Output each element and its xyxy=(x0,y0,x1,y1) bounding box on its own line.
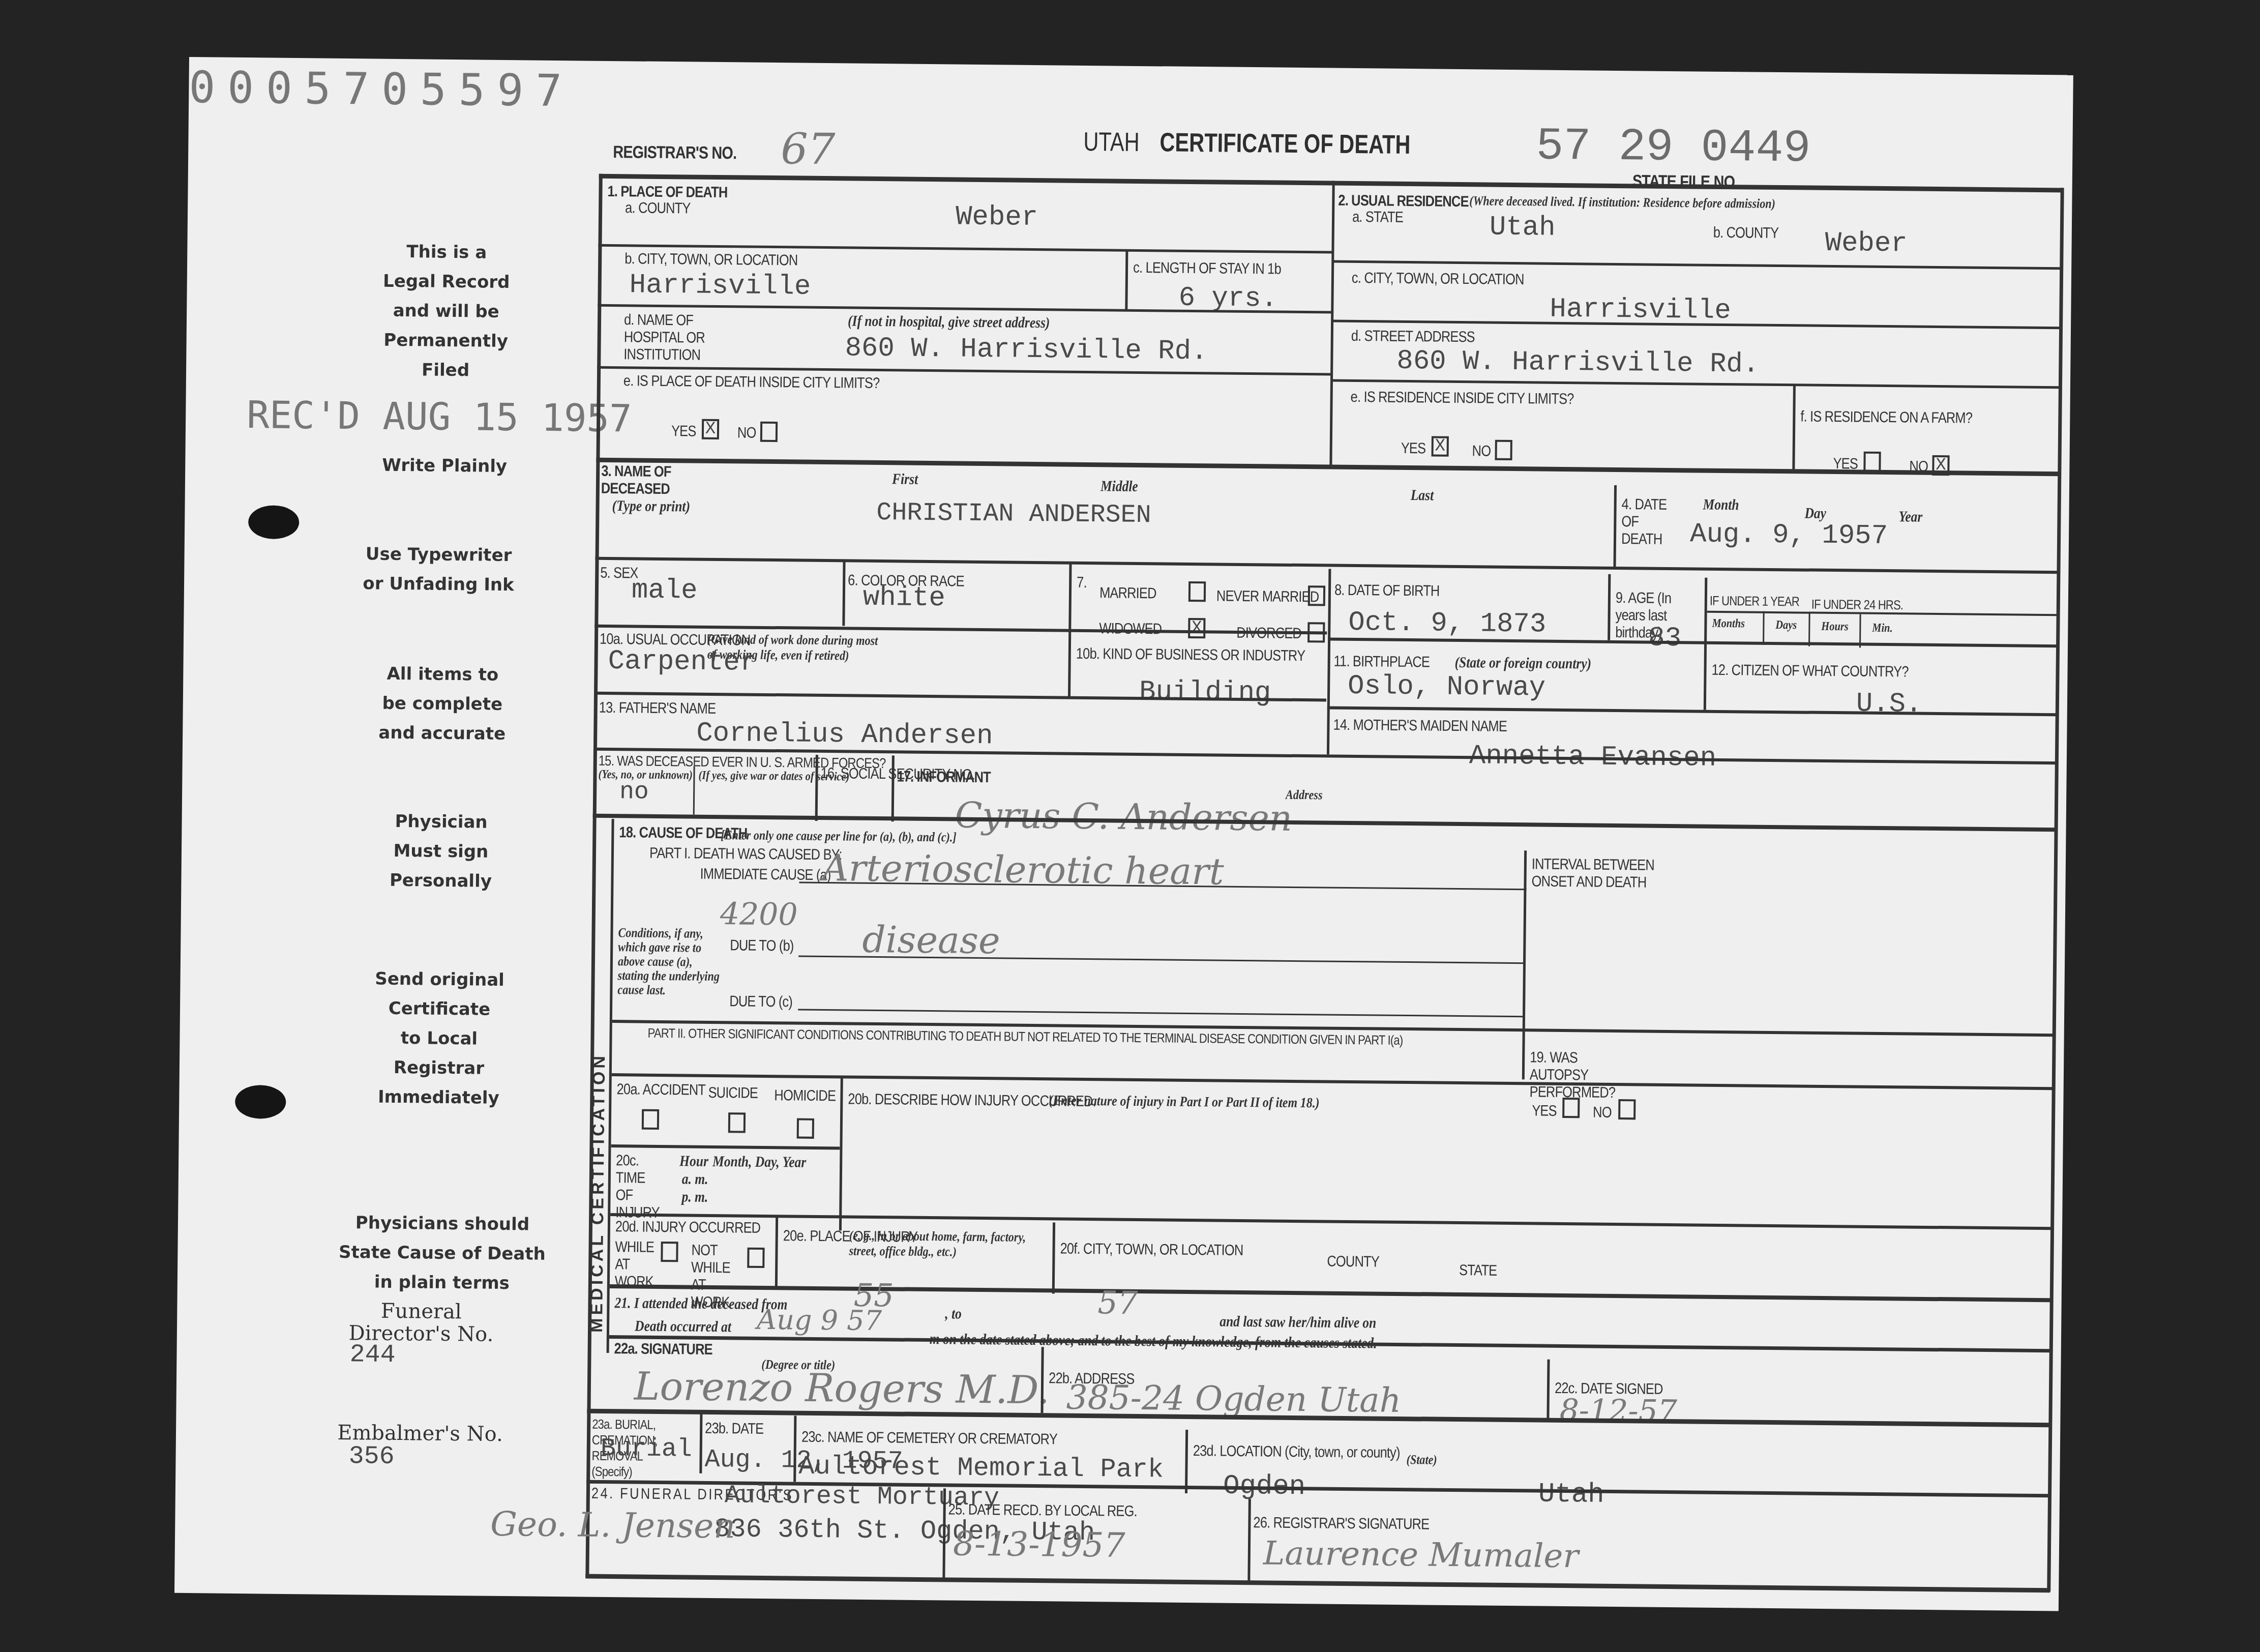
homicide-label: HOMICIDE xyxy=(774,1087,836,1105)
father-label: 13. FATHER'S NAME xyxy=(599,699,716,718)
dob-label: 8. DATE OF BIRTH xyxy=(1334,582,1440,600)
last-saw-label: and last saw her/him alive on xyxy=(1220,1313,1377,1332)
serial-number: 0005705597 xyxy=(189,62,575,116)
rule xyxy=(1808,613,1810,646)
while-at-work-checkbox[interactable] xyxy=(661,1242,678,1262)
no-label: NO xyxy=(1593,1104,1612,1122)
note-complete: All items to be complete and accurate xyxy=(335,659,550,749)
informant-label: 17. INFORMANT xyxy=(897,768,991,786)
date-signed: 8-12-57 xyxy=(1559,1393,1677,1429)
days-label: Days xyxy=(1775,618,1797,632)
year-label: Year xyxy=(1898,508,1922,525)
not-while-at-work-checkbox[interactable] xyxy=(747,1248,764,1268)
rule xyxy=(596,557,2060,574)
rule xyxy=(1331,379,2060,389)
death-city-limits-no-checkbox[interactable] xyxy=(760,422,778,442)
no-label: NO xyxy=(737,424,756,441)
res-street: 860 W. Harrisville Rd. xyxy=(1396,346,1759,380)
form-right-border xyxy=(2047,188,2064,1591)
married-label: MARRIED xyxy=(1099,584,1156,602)
due-to-b: disease xyxy=(862,918,1000,962)
industry-label: 10b. KIND OF BUSINESS OR INDUSTRY xyxy=(1076,645,1305,665)
title-state: UTAH xyxy=(1083,127,1140,158)
page-title: CERTIFICATE OF DEATH xyxy=(1159,127,1411,160)
homicide-checkbox[interactable] xyxy=(797,1118,814,1139)
disease-code: 4200 xyxy=(720,896,798,932)
note-legal-record: This is a Legal Record and will be Perma… xyxy=(339,237,554,386)
am-label: a. m. xyxy=(682,1170,708,1188)
rule xyxy=(798,1009,1525,1018)
rule xyxy=(1327,569,1331,755)
occupation: Carpenter xyxy=(608,646,756,678)
res-county: Weber xyxy=(1825,228,1908,260)
industry: Building xyxy=(1139,676,1271,709)
never-married-label: NEVER MARRIED xyxy=(1216,587,1319,606)
rule xyxy=(1332,260,2061,270)
date-of-birth: Oct. 9, 1873 xyxy=(1348,607,1546,640)
note-physician-sign: Physician Must sign Personally xyxy=(334,806,548,897)
father-name: Cornelius Andersen xyxy=(696,718,993,752)
usual-residence-hint: (Where deceased lived. If institution: R… xyxy=(1469,193,1775,212)
deceased-name: CHRISTIAN ANDERSEN xyxy=(876,498,1151,530)
rule xyxy=(1614,485,1617,567)
autopsy-yes-checkbox[interactable] xyxy=(1562,1098,1580,1118)
under-24-label: IF UNDER 24 HRS. xyxy=(1811,597,1904,613)
note-send-original: Send original Certificate to Local Regis… xyxy=(332,964,547,1113)
cause-hint: [Enter only one cause per line for (a), … xyxy=(721,828,957,845)
stay-label: c. LENGTH OF STAY IN 1b xyxy=(1133,259,1281,278)
accident-checkbox[interactable] xyxy=(642,1109,659,1130)
state-file-no: 57 29 0449 xyxy=(1536,121,1811,175)
rule xyxy=(1763,611,1765,645)
time-injury-label: 20c. TIME OF INJURY xyxy=(615,1152,664,1222)
birthplace: Oslo, Norway xyxy=(1348,671,1545,704)
certificate-paper: 0005705597 REGISTRAR'S NO. 67 UTAH CERTI… xyxy=(174,57,2073,1611)
while-work-label: WHILE AT WORK xyxy=(615,1238,659,1291)
rule xyxy=(1522,850,1527,1079)
rule xyxy=(891,755,895,821)
pm-label: p. m. xyxy=(681,1188,708,1205)
form-bottom-border xyxy=(585,1574,2050,1593)
registrar-sig-label: 26. REGISTRAR'S SIGNATURE xyxy=(1253,1514,1429,1533)
rule xyxy=(1704,644,1707,710)
death-city-limits-yes-checkbox[interactable]: X xyxy=(702,419,719,439)
first-label: First xyxy=(892,470,918,488)
due-c-label: DUE TO (c) xyxy=(729,993,792,1011)
hospital-label: d. NAME OF HOSPITAL OR INSTITUTION xyxy=(623,311,710,364)
death-occurred-time: Aug 9 57 xyxy=(757,1304,882,1337)
county-label: a. COUNTY xyxy=(625,199,691,217)
burial-date-label: 23b. DATE xyxy=(705,1420,764,1438)
location-state-label: (State) xyxy=(1406,1452,1437,1468)
citizen-label: 12. CITIZEN OF WHAT COUNTRY? xyxy=(1711,662,1908,681)
funeral-director-no: 244 xyxy=(349,1340,396,1370)
place-injury-hint: (e. g., in or about home, farm, factory,… xyxy=(849,1228,1031,1260)
registrar-no-label: REGISTRAR'S NO. xyxy=(613,142,736,163)
rule xyxy=(839,1078,843,1230)
immediate-cause-label: IMMEDIATE CAUSE (a) xyxy=(700,866,830,884)
injury-county-label: COUNTY xyxy=(1327,1253,1379,1271)
rule xyxy=(611,1144,840,1149)
rule xyxy=(1247,1499,1251,1583)
rule xyxy=(775,1216,778,1287)
res-city-limits-label: e. IS RESIDENCE INSIDE CITY LIMITS? xyxy=(1351,389,1574,408)
divider-1-2 xyxy=(1329,181,1334,466)
married-checkbox[interactable] xyxy=(1188,581,1206,602)
burial-type: Burial xyxy=(600,1434,692,1464)
attended-to: 57 xyxy=(1097,1284,1138,1321)
middle-label: Middle xyxy=(1101,478,1138,495)
last-label: Last xyxy=(1411,487,1434,504)
res-state: Utah xyxy=(1490,212,1556,244)
autopsy-label: 19. WAS AUTOPSY PERFORMED? xyxy=(1529,1049,1616,1102)
suicide-checkbox[interactable] xyxy=(728,1112,746,1133)
res-street-label: d. STREET ADDRESS xyxy=(1351,328,1475,346)
form-top-border xyxy=(599,174,2064,193)
dod-label: 4. DATE OF DEATH xyxy=(1621,496,1678,548)
place-of-death-label: 1. PLACE OF DEATH xyxy=(607,183,727,201)
date-recd: 8-13-1957 xyxy=(953,1524,1125,1565)
autopsy-no-checkbox[interactable] xyxy=(1618,1099,1635,1119)
location-label: 23d. LOCATION (City, town, or county) xyxy=(1193,1442,1400,1462)
months-label: Months xyxy=(1712,617,1745,631)
rule xyxy=(699,1412,702,1473)
date-recd-label: 25. DATE RECD. BY LOCAL REG. xyxy=(948,1501,1137,1520)
no-label: NO xyxy=(1472,442,1491,460)
rule xyxy=(1547,1360,1550,1421)
rule xyxy=(842,560,845,626)
punch-hole-bottom xyxy=(235,1085,286,1119)
death-occurred-label: Death occurred at xyxy=(635,1318,731,1336)
received-stamp: REC'D AUG 15 1957 xyxy=(247,393,632,440)
birthplace-label: 11. BIRTHPLACE xyxy=(1334,653,1430,671)
res-city-label: c. CITY, TOWN, OR LOCATION xyxy=(1352,270,1524,288)
res-state-label: a. STATE xyxy=(1352,209,1403,226)
accident-label: 20a. ACCIDENT xyxy=(616,1081,705,1099)
month-label: Month xyxy=(1703,496,1739,514)
rule xyxy=(815,755,818,821)
farm-label: f. IS RESIDENCE ON A FARM? xyxy=(1800,408,1972,427)
injury-city-label: 20f. CITY, TOWN, OR LOCATION xyxy=(1060,1241,1243,1259)
physician-signature: Lorenzo Rogers M.D. xyxy=(634,1364,1050,1413)
usual-residence-label: 2. USUAL RESIDENCE xyxy=(1338,192,1469,211)
punch-hole-top xyxy=(248,505,300,539)
rule xyxy=(1052,1222,1055,1293)
deceased-name-label: 3. NAME OF DECEASED xyxy=(601,463,679,498)
death-city-label: b. CITY, TOWN, OR LOCATION xyxy=(625,250,797,269)
hour-label: Hour xyxy=(679,1153,708,1170)
cemetery-label: 23c. NAME OF CEMETERY OR CREMATORY xyxy=(801,1429,1057,1449)
part1-label: PART I. DEATH WAS CAUSED BY: xyxy=(649,845,842,864)
armed-forces: no xyxy=(619,778,649,806)
marital-label: 7. xyxy=(1077,574,1087,592)
rule xyxy=(1792,385,1796,471)
age: 83 xyxy=(1648,623,1681,655)
min-label: Min. xyxy=(1872,622,1893,635)
injury-state-label: STATE xyxy=(1459,1262,1497,1280)
medical-certification-label: MEDICAL CERTIFICATION xyxy=(587,1053,609,1333)
funeral-director-no-label: Funeral Director's No. xyxy=(314,1299,528,1346)
signature-label: 22a. SIGNATURE xyxy=(614,1340,712,1359)
death-city-limits-label: e. IS PLACE OF DEATH INSIDE CITY LIMITS? xyxy=(623,372,880,392)
rule xyxy=(610,1284,2051,1302)
rule xyxy=(693,766,695,815)
form-left-border xyxy=(585,174,602,1578)
rule xyxy=(1185,1430,1188,1493)
suicide-label: SUICIDE xyxy=(708,1084,758,1102)
location-state: Utah xyxy=(1538,1479,1604,1511)
hours-label: Hours xyxy=(1821,620,1849,634)
rule xyxy=(1327,706,2057,717)
rule xyxy=(1125,250,1128,310)
yes-label: YES xyxy=(1401,440,1426,457)
note-typewriter: Use Typewriter or Unfading Ink xyxy=(332,539,546,600)
rule xyxy=(942,1488,946,1580)
never-married-checkbox[interactable] xyxy=(1308,585,1325,606)
hospital-name: 860 W. Harrisville Rd. xyxy=(845,333,1207,367)
date-of-death: Aug. 9, 1957 xyxy=(1690,519,1888,552)
res-city-limits-no-checkbox[interactable] xyxy=(1495,440,1512,460)
res-city-limits-yes-checkbox[interactable]: X xyxy=(1432,436,1449,456)
note-plain-terms: Physicians should State Cause of Death i… xyxy=(325,1208,560,1299)
widowed-checkbox[interactable]: X xyxy=(1188,618,1205,638)
under-1-year-label: IF UNDER 1 YEAR xyxy=(1710,593,1799,610)
registrar-signature: Laurence Mumaler xyxy=(1263,1535,1579,1575)
sex: male xyxy=(632,575,698,606)
informant-signature: Cyrus C. Andersen xyxy=(955,794,1292,839)
interval-label: INTERVAL BETWEEN ONSET AND DEATH xyxy=(1531,855,1670,892)
to-label: , to xyxy=(945,1305,962,1322)
state-file-no-label: STATE FILE NO. xyxy=(1632,171,1739,192)
embalmer-no-label: Embalmer's No. xyxy=(313,1421,527,1445)
funeral-director-signature: Geo. L. Jensen xyxy=(490,1504,735,1546)
death-city: Harrisville xyxy=(629,270,811,302)
rule xyxy=(1328,638,2058,648)
embalmer-no: 356 xyxy=(348,1442,395,1471)
mdy-label: Month, Day, Year xyxy=(712,1153,807,1171)
cemetery-name: Aultorest Memorial Park xyxy=(798,1452,1164,1485)
deceased-name-hint: (Type or print) xyxy=(612,497,690,515)
death-county: Weber xyxy=(956,201,1038,233)
citizen: U.S. xyxy=(1856,689,1922,720)
hospital-hint: (If not in hospital, give street address… xyxy=(848,312,1050,332)
injury-desc-hint: (Enter nature of injury in Part I or Par… xyxy=(1049,1093,1320,1111)
due-b-label: DUE TO (b) xyxy=(730,937,793,955)
immediate-cause: Arteriosclerotic heart xyxy=(822,846,1224,893)
injury-occurred-label: 20d. INJURY OCCURRED xyxy=(615,1218,761,1237)
mother-label: 14. MOTHER'S MAIDEN NAME xyxy=(1333,717,1507,735)
note-write-plainly: Write Plainly xyxy=(338,450,552,482)
rule xyxy=(1608,574,1611,640)
farm-yes-checkbox[interactable] xyxy=(1863,452,1881,472)
registrar-no: 67 xyxy=(781,124,836,174)
res-county-label: b. COUNTY xyxy=(1713,224,1779,242)
birthplace-hint: (State or foreign country) xyxy=(1455,654,1592,673)
yes-label: YES xyxy=(671,423,696,440)
conditions-hint: Conditions, if any, which gave rise to a… xyxy=(617,926,722,998)
race: white xyxy=(863,582,946,614)
yes-label: YES xyxy=(1532,1102,1557,1119)
